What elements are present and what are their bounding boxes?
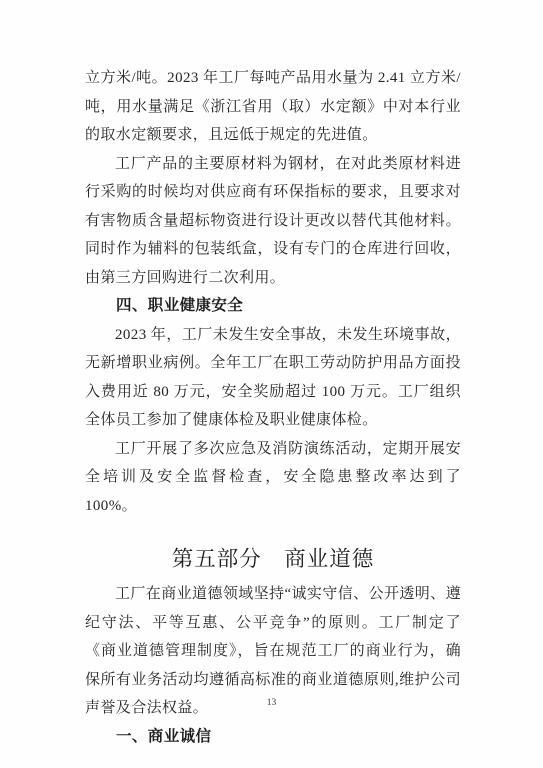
paragraph-emergency-drills: 工厂开展了多次应急及消防演练活动，定期开展安全培训及安全监督检查，安全隐患整改率… bbox=[85, 435, 461, 521]
page-number: 13 bbox=[0, 698, 543, 708]
paragraph-safety-record: 2023 年，工厂未发生安全事故，未发生环境事故，无新增职业病例。全年工厂在职工… bbox=[85, 321, 461, 435]
section-title-business-ethics: 第五部分 商业道德 bbox=[85, 542, 461, 576]
heading-business-integrity: 一、商业诚信 bbox=[85, 723, 461, 752]
heading-occupational-health-safety: 四、职业健康安全 bbox=[85, 292, 461, 321]
paragraph-raw-materials: 工厂产品的主要原材料为钢材，在对此类原材料进行采购的时候均对供应商有环保指标的要… bbox=[85, 150, 461, 293]
page-content: 立方米/吨。2023 年工厂每吨产品用水量为 2.41 立方米/吨，用水量满足《… bbox=[85, 64, 461, 751]
paragraph-water-usage: 立方米/吨。2023 年工厂每吨产品用水量为 2.41 立方米/吨，用水量满足《… bbox=[85, 64, 461, 150]
document-page: 立方米/吨。2023 年工厂每吨产品用水量为 2.41 立方米/吨，用水量满足《… bbox=[0, 0, 543, 768]
